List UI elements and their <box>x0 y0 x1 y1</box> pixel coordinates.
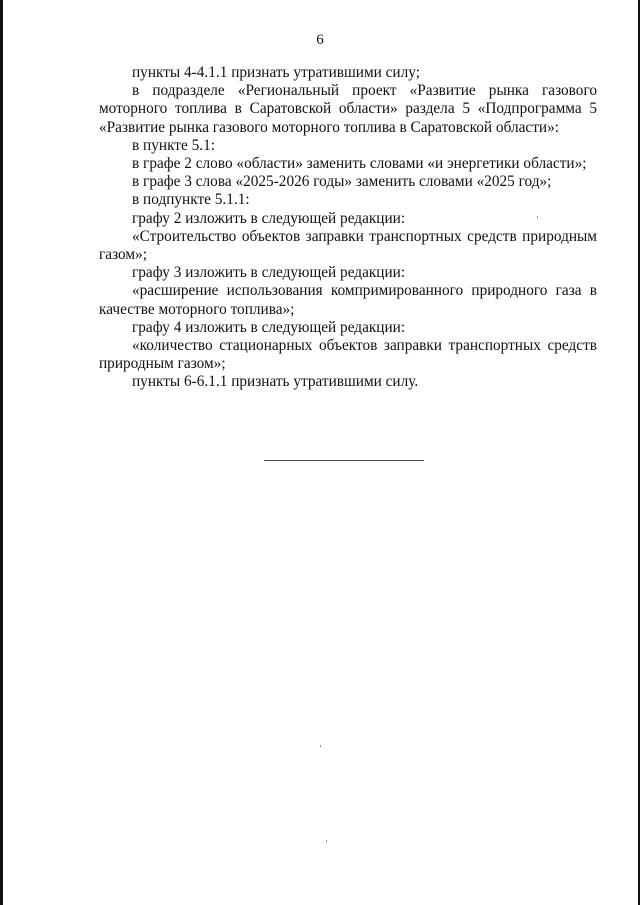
paragraph: графу 3 изложить в следующей редакции: <box>99 264 597 282</box>
paragraph: «Строительство объектов заправки транспо… <box>99 228 597 264</box>
document-body: пункты 4-4.1.1 признать утратившими силу… <box>99 64 597 392</box>
paragraph: пункты 4-4.1.1 признать утратившими силу… <box>99 64 597 82</box>
scan-border-left <box>0 0 3 905</box>
paragraph: «количество стационарных объектов заправ… <box>99 337 597 373</box>
scan-speck <box>326 840 327 842</box>
scan-speck <box>320 745 321 747</box>
scan-speck <box>537 216 538 218</box>
page-number: 6 <box>0 32 640 49</box>
paragraph: графу 2 изложить в следующей редакции: <box>99 210 597 228</box>
paragraph: в подпункте 5.1.1: <box>99 191 597 209</box>
paragraph: графу 4 изложить в следующей редакции: <box>99 319 597 337</box>
paragraph: в подразделе «Региональный проект «Разви… <box>99 82 597 137</box>
paragraph: в графе 2 слово «области» заменить слова… <box>99 155 597 173</box>
paragraph: пункты 6-6.1.1 признать утратившими силу… <box>99 373 597 391</box>
paragraph: «расширение использования компримированн… <box>99 282 597 318</box>
paragraph: в пункте 5.1: <box>99 137 597 155</box>
closing-rule <box>264 460 424 461</box>
paragraph: в графе 3 слова «2025-2026 годы» заменит… <box>99 173 597 191</box>
document-page: 6 пункты 4-4.1.1 признать утратившими си… <box>0 0 640 905</box>
